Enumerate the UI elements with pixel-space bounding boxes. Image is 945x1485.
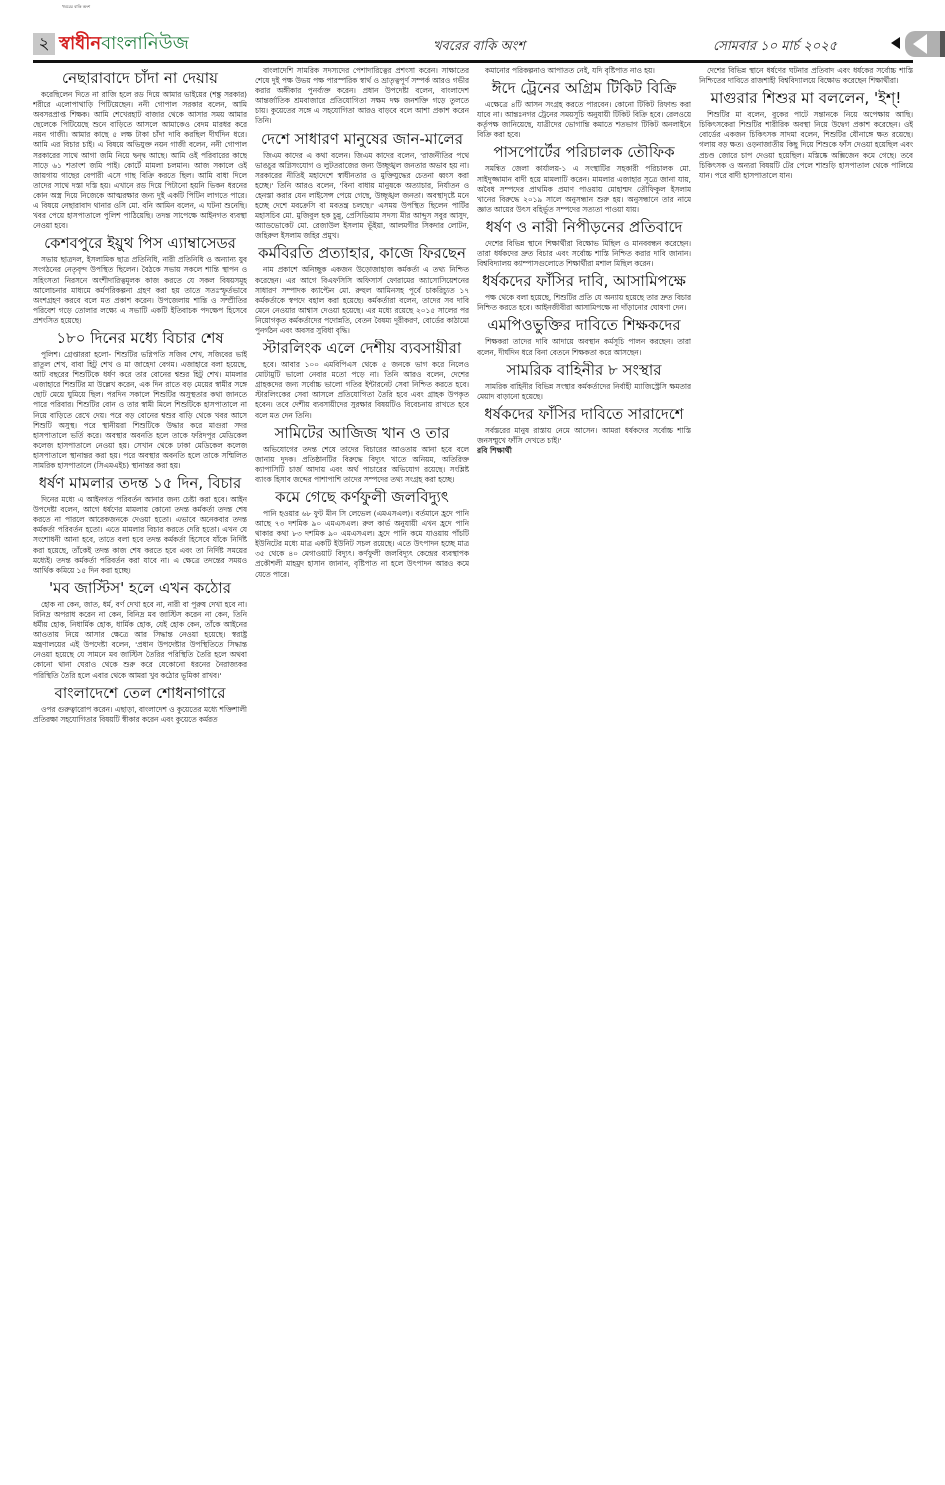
brand-logo[interactable]: স্বাধীনবাংলানিউজ: [59, 33, 189, 55]
headline[interactable]: সামরিক বাহিনীর ৮ সংস্থার: [477, 361, 691, 380]
article-body: বাংলাদেশি সামরিক সদস্যদের পেশাদারিত্বের …: [255, 66, 469, 127]
headline[interactable]: ১৮০ দিনের মধ্যে বিচার শেষ: [33, 329, 247, 348]
article-body: সমন্বিত জেলা কার্যালয়-১ এ সংস্থাটির সহক…: [477, 164, 691, 214]
column-1: নেছারাবাদে চাঁদা না দেয়ায় করেছিলেন দিত…: [33, 66, 247, 1456]
article-body: নাম প্রকাশে অনিচ্ছুক একজন উড়োজাহাজ কর্ম…: [255, 265, 469, 336]
article-body: পানি হওয়ার ৬৮ ফুট মীন সি লেভেল (এমএসএল)…: [255, 509, 469, 580]
headline[interactable]: ধর্ষকদের ফাঁসির দাবিতে সারাদেশে: [477, 405, 691, 424]
header-rule: [33, 60, 913, 63]
article-body: ওপর গুরুত্বারোপ করেন। এছাড়া, বাংলাদেশ ও…: [33, 705, 247, 725]
article-body: হোক না কেন, জাত, ধর্ম, বর্ণ দেখা হবে না,…: [33, 600, 247, 681]
article-body: কমানোর পরিকল্পনাও আপাতত নেই, যদি বৃষ্টিপ…: [477, 66, 691, 76]
headline[interactable]: ধর্ষণ মামলার তদন্ত ১৫ দিন, বিচার: [33, 474, 247, 493]
date: সোমবার ১০ মার্চ ২০২৫: [713, 37, 837, 58]
article-body: পক্ষ থেকে বলা হয়েছে, শিশুটির প্রতি যে অ…: [477, 293, 691, 313]
headline[interactable]: ধর্ষণ ও নারী নিপীড়নের প্রতিবাদে: [477, 218, 691, 237]
headline[interactable]: কমে গেছে কর্ণফুলী জলবিদ্যুৎ: [255, 488, 469, 507]
tab-notch-icon: [913, 34, 927, 54]
article-body: দিনের মধ্যে এ আইনগত পরিবর্তন আনার জন্য চ…: [33, 495, 247, 576]
article-body: জিএম কাদের এ কথা বলেন। জিএম কাদের বলেন, …: [255, 151, 469, 242]
headline[interactable]: সামিটের আজিজ খান ও তার: [255, 424, 469, 443]
headline[interactable]: ধর্ষকদের ফাঁসির দাবি, আসামিপক্ষে: [477, 272, 691, 291]
top-note: খবরের বাকি অংশ: [62, 4, 90, 11]
byline: রবি শিক্ষার্থী: [477, 446, 691, 456]
headline[interactable]: পাসপোর্টের পরিচালক তৌফিক: [477, 143, 691, 162]
headline[interactable]: ঈদে ট্রেনের অগ্রিম টিকিট বিক্রি: [477, 79, 691, 98]
article-body: অভিযোগের তদন্ত শেষে তাদের বিচারের আওতায়…: [255, 445, 469, 485]
prev-page-arrow-icon[interactable]: [891, 37, 900, 49]
article-body: হবে। আবার ১০০ এমবিপিএস থেকে ৫ জনকে ভাগ ক…: [255, 360, 469, 421]
column-4: দেশের বিভিন্ন স্থানে ধর্ষণের ঘটনার প্রতি…: [699, 66, 913, 1456]
article-body: দেশের বিভিন্ন স্থানে শিক্ষার্থীরা বিক্ষো…: [477, 239, 691, 269]
section-title: খবরের বাকি অংশ: [433, 37, 525, 58]
headline[interactable]: নেছারাবাদে চাঁদা না দেয়ায়: [33, 69, 247, 88]
headline[interactable]: এমপিওভুক্তির দাবিতে শিক্ষকদের: [477, 316, 691, 335]
column-2: বাংলাদেশি সামরিক সদস্যদের পেশাদারিত্বের …: [255, 66, 469, 1456]
headline[interactable]: বাংলাদেশে তেল শোধনাগারে: [33, 684, 247, 703]
headline[interactable]: কর্মবিরতি প্রত্যাহার, কাজে ফিরছেন: [255, 244, 469, 263]
article-body: সভায় ছাত্রদল, ইসলামিক ছাত্র প্রতিনিধি, …: [33, 255, 247, 326]
article-body: পুলিশ। গ্রেপ্তাররা হলো- শিশুটির ভগ্নিপতি…: [33, 350, 247, 471]
article-body: করেছিলেন দিতে না রাজি হলে রড দিয়ে আমার …: [33, 90, 247, 231]
headline[interactable]: মাগুরার শিশুর মা বললেন, 'ইশ্!: [699, 89, 913, 108]
article-body: সামরিক বাহিনীর বিভিন্ন সংস্থার কর্মকর্তা…: [477, 382, 691, 402]
article-body: সর্বস্তরের মানুষ রাস্তায় নেমে আসেন। আমর…: [477, 426, 691, 446]
columns: নেছারাবাদে চাঁদা না দেয়ায় করেছিলেন দিত…: [33, 66, 913, 1456]
headline[interactable]: কেশবপুরে ইয়ুথ পিস এ্যাম্বাসেডর: [33, 234, 247, 253]
article-body: শিশুটির মা বলেন, বুকের পাটে সন্তানকে নিয…: [699, 110, 913, 181]
tab-bar: [940, 31, 945, 57]
article-body: দেশের বিভিন্ন স্থানে ধর্ষণের ঘটনার প্রতি…: [699, 66, 913, 86]
page-number: ২: [33, 33, 55, 55]
page-tab-icon[interactable]: [905, 31, 945, 57]
article-body: এক্ষেত্রে ৪টি আসন সংগ্রহ করতে পারবেন। কো…: [477, 100, 691, 140]
masthead: ২ স্বাধীনবাংলানিউজ খবরের বাকি অংশ সোমবার…: [33, 33, 913, 55]
article-body: শিক্ষকরা তাদের দাবি আদায়ে অবস্থান কর্মস…: [477, 337, 691, 357]
headline[interactable]: 'মব জাস্টিস' হলে এখন কঠোর: [33, 579, 247, 598]
headline[interactable]: দেশে সাধারণ মানুষের জান-মালের: [255, 130, 469, 149]
brand-part-1: স্বাধীন: [59, 33, 101, 54]
column-3: কমানোর পরিকল্পনাও আপাতত নেই, যদি বৃষ্টিপ…: [477, 66, 691, 1456]
brand-part-2: বাংলানিউজ: [101, 33, 189, 54]
headline[interactable]: স্টারলিংক এলে দেশীয় ব্যবসায়ীরা: [255, 339, 469, 358]
